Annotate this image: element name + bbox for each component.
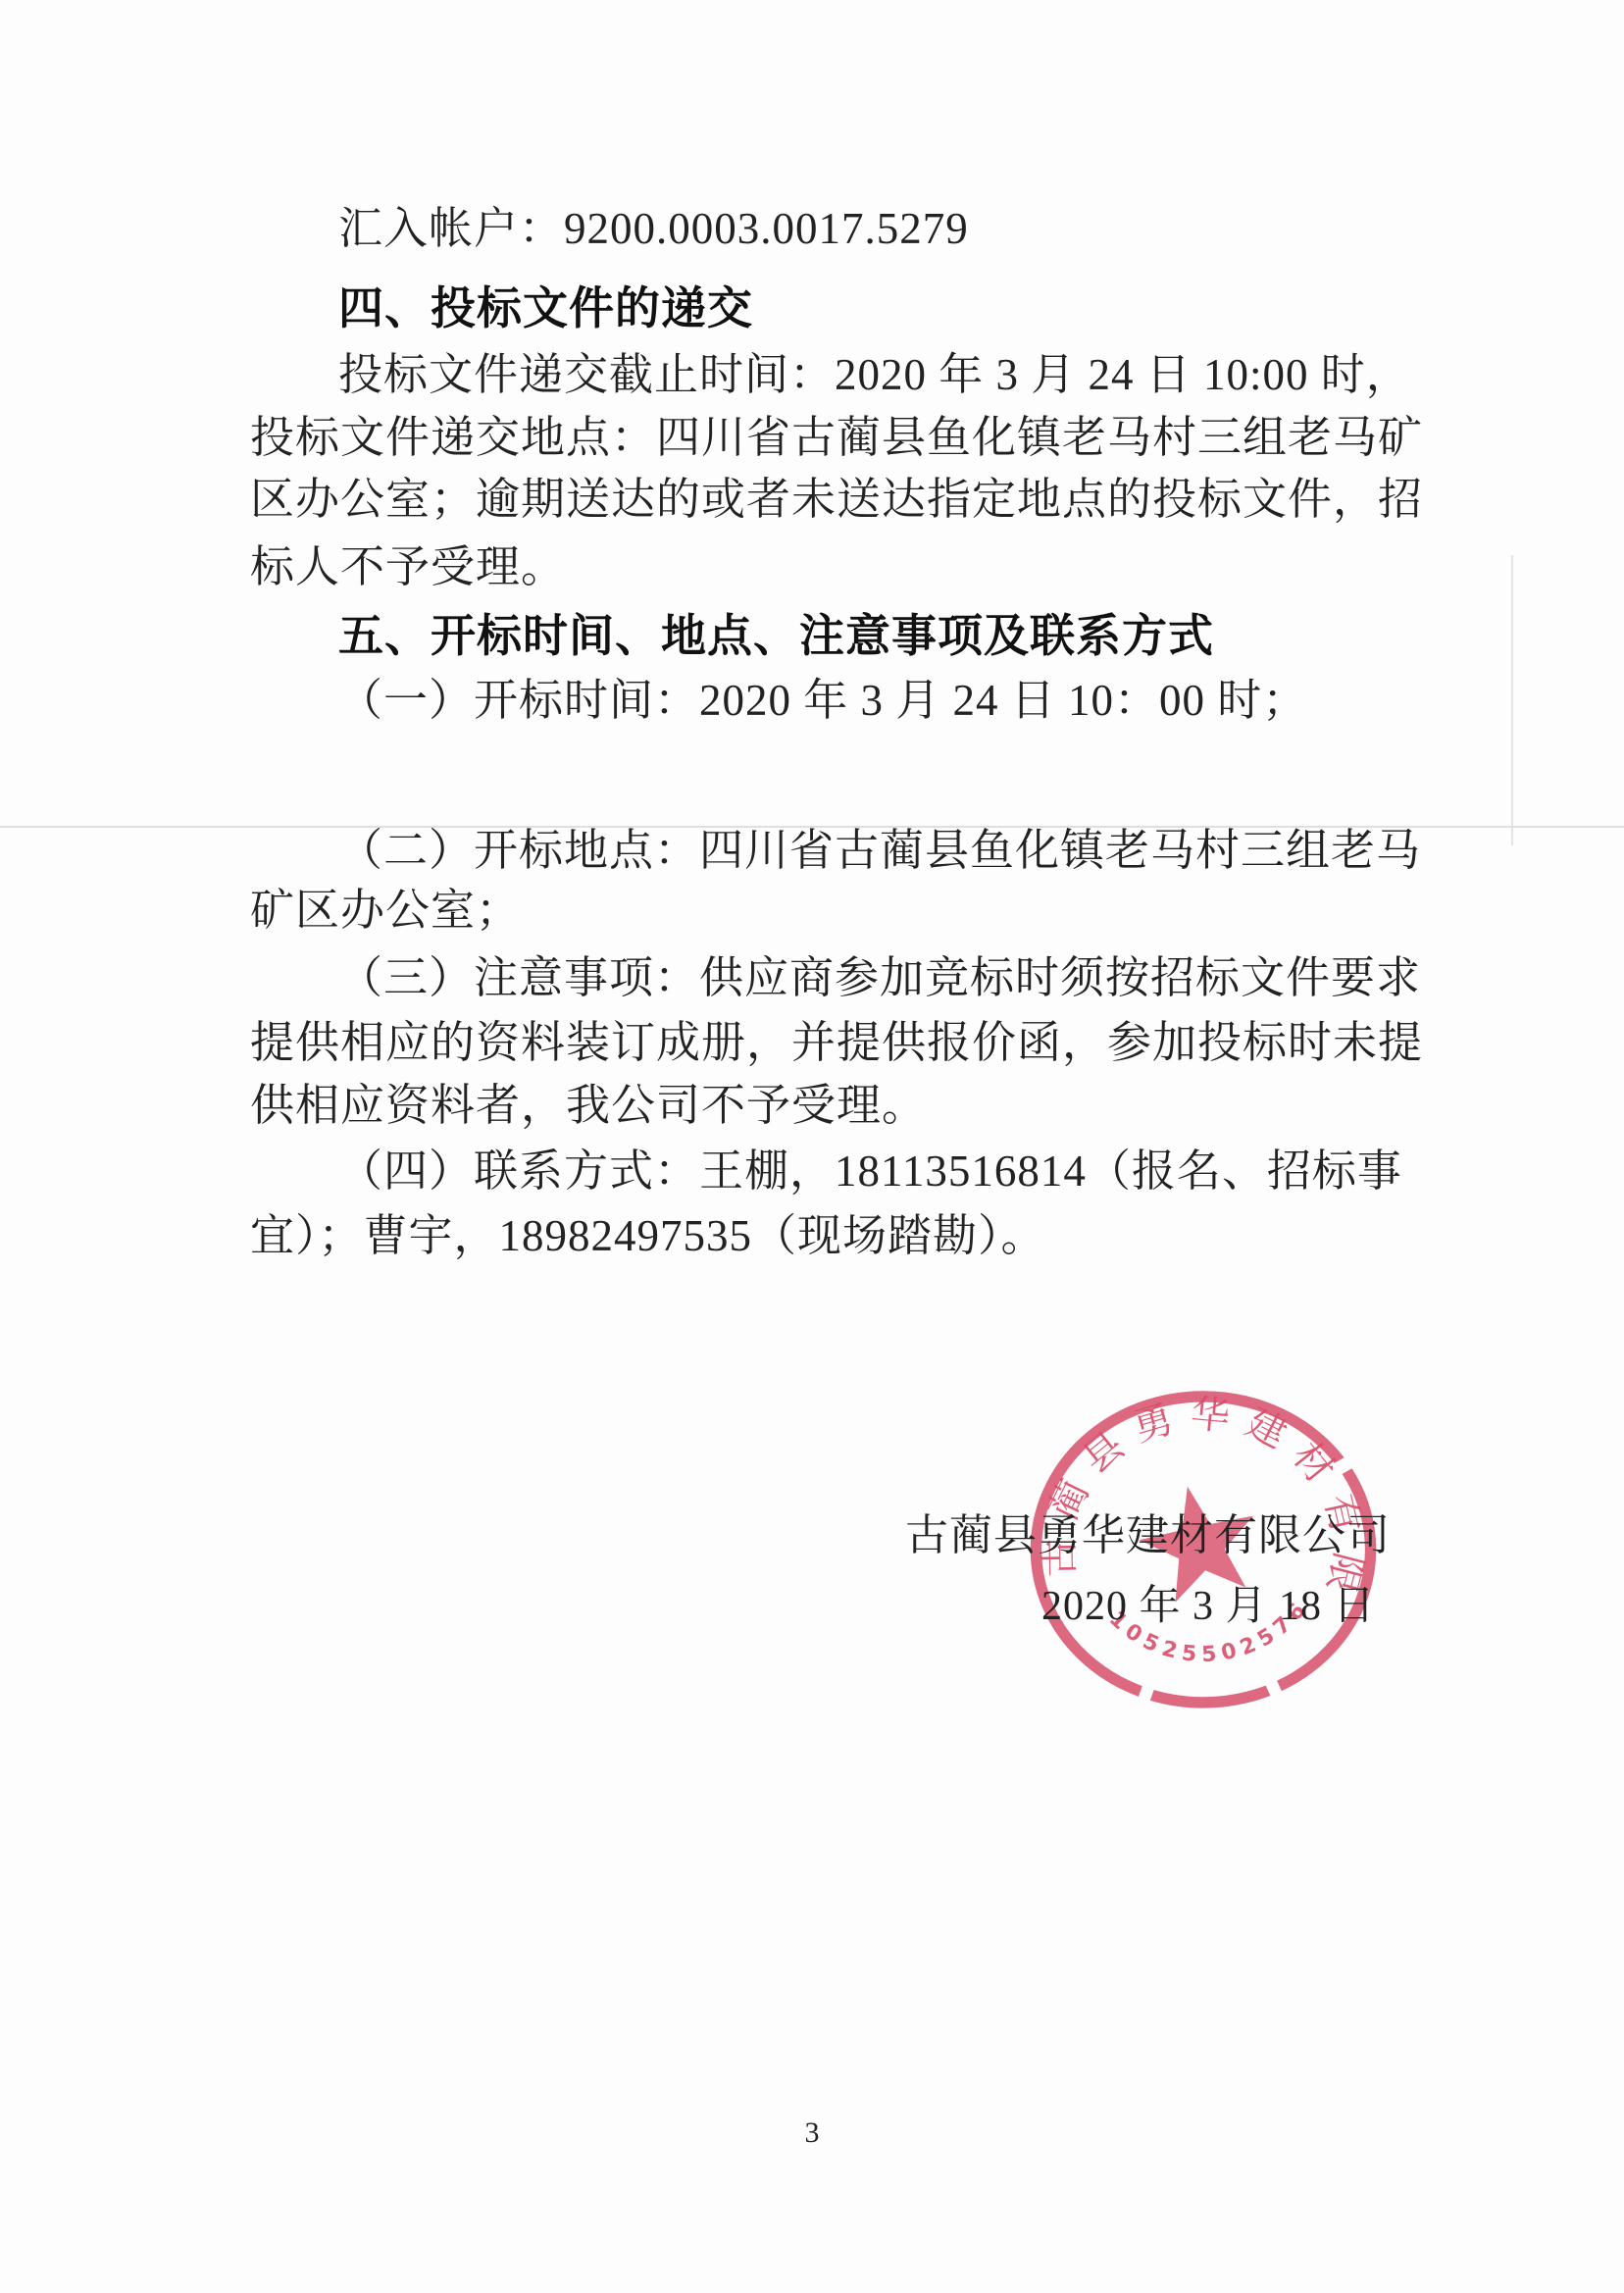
open-place-line-2: 矿区办公室； (250, 889, 521, 933)
open-time-line: （一）开标时间：2020 年 3 月 24 日 10：00 时； (338, 679, 1307, 723)
bid-address-line: 投标文件递交地点：四川省古蔺县鱼化镇老马村三组老马矿 (250, 416, 1423, 460)
notice-line: （三）注意事项：供应商参加竞标时须按招标文件要求 (338, 956, 1421, 1000)
document-page: 古蔺县勇华建材有限公司 105255025761 汇入帐户：9200.0003.… (0, 0, 1624, 2293)
bid-address-line-2: 区办公室；逾期送达的或者未送达指定地点的投标文件，招 (250, 478, 1423, 522)
section4-heading: 四、投标文件的递交 (338, 286, 753, 331)
contact-line-2: 宜）；曹宇，18982497535（现场踏勘）。 (250, 1214, 1046, 1258)
document-text-layer: 汇入帐户：9200.0003.0017.5279四、投标文件的递交投标文件递交截… (0, 0, 1624, 2293)
contact-line: （四）联系方式：王棚，18113516814（报名、招标事 (338, 1149, 1402, 1194)
notice-line-3: 供相应资料者，我公司不予受理。 (250, 1084, 927, 1128)
bid-address-line-3: 标人不予受理。 (250, 545, 566, 589)
company-signature: 古蔺县勇华建材有限公司 (905, 1514, 1391, 1557)
remittance-account-line: 汇入帐户：9200.0003.0017.5279 (338, 207, 969, 251)
bid-deadline-line: 投标文件递交截止时间：2020 年 3 月 24 日 10:00 时， (338, 353, 1411, 397)
signature-date: 2020 年 3 月 18 日 (1041, 1586, 1376, 1627)
notice-line-2: 提供相应的资料装订成册，并提供报价函，参加投标时未提 (250, 1021, 1423, 1065)
open-place-line: （二）开标地点：四川省古蔺县鱼化镇老马村三组老马 (338, 829, 1421, 873)
section5-heading: 五、开标时间、地点、注意事项及联系方式 (338, 614, 1214, 659)
